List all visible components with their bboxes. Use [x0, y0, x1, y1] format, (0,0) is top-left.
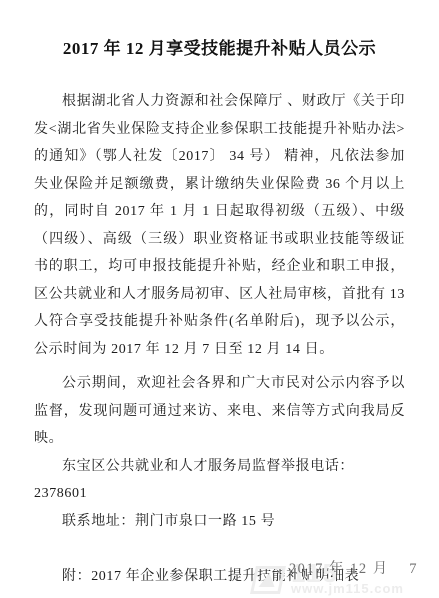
contact-phone-line: 东宝区公共就业和人才服务局监督举报电话：2378601	[34, 453, 405, 508]
announcement-document-page: 2017 年 12 月享受技能提升补贴人员公示 根据湖北省人力资源和社会保障厅 …	[0, 0, 439, 598]
paragraph-supervision-notice: 公示期间，欢迎社会各界和广大市民对公示内容予以监督，发现问题可通过来访、来电、来…	[34, 370, 405, 453]
document-body: 根据湖北省人力资源和社会保障厅 、财政厅《关于印发<湖北省失业保险支持企业参保职…	[34, 88, 405, 590]
document-date: 2017 年 12 月 7	[289, 557, 418, 578]
document-title: 2017 年 12 月享受技能提升补贴人员公示	[18, 34, 421, 59]
paragraph-policy-basis: 根据湖北省人力资源和社会保障厅 、财政厅《关于印发<湖北省失业保险支持企业参保职…	[34, 88, 405, 363]
contact-address-line: 联系地址：荆门市泉口一路 15 号	[34, 508, 405, 536]
